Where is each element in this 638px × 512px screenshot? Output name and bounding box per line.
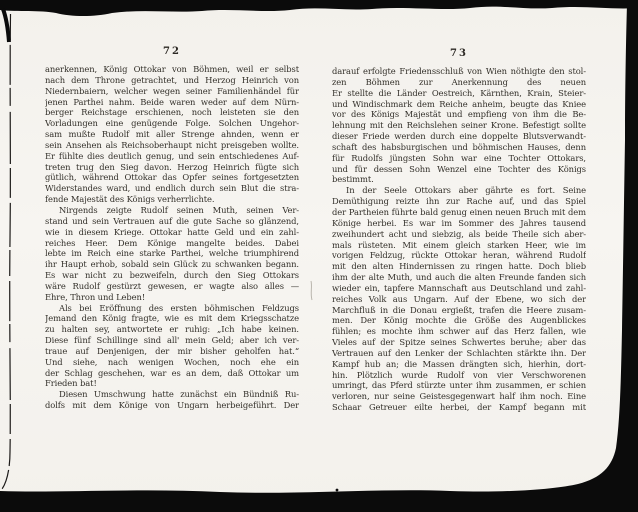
text-line: sein Ansehen als Reichsoberhaupt nicht p… <box>45 140 299 151</box>
page-number-left: 72 <box>45 46 299 57</box>
text-line: Nirgends zeigte Rudolf seinen Muth, sein… <box>45 205 299 216</box>
text-line: Jemand den König fragte, wie es mit dem … <box>45 313 299 324</box>
text-line: Er stellte die Länder Oestreich, Kärnthe… <box>332 88 586 99</box>
text-line: zweihundert acht und siebzig, als beide … <box>332 229 586 240</box>
text-line: darauf erfolgte Friedensschluß von Wien … <box>332 66 586 77</box>
left-fold-line <box>10 14 11 452</box>
text-line: reiches Heer. Dem Könige mangelte beides… <box>45 238 299 249</box>
scan-edge-top <box>0 0 638 16</box>
text-line: jenen Parthei nahm. Beide waren weder au… <box>45 97 299 108</box>
text-line: berger Reichstage erschienen, noch leist… <box>45 107 299 118</box>
text-line: Und siehe, nach wenigen Wochen, noch ehe… <box>45 357 299 368</box>
text-line: fühlen; es mochte ihm schwer auf das Her… <box>332 326 586 337</box>
text-line: Es war nicht zu bezweifeln, durch den Si… <box>45 270 299 281</box>
text-line: reiches Volk aus Ungarn. Auf der Ebene, … <box>332 294 586 305</box>
text-line: Vieles auf der Spitze seines Schwertes b… <box>332 337 586 348</box>
text-line: wieder ein, tapfere Mannschaft aus Deuts… <box>332 283 586 294</box>
text-line: sam mußte Rudolf mit aller Strenge ahnde… <box>45 129 299 140</box>
text-line: anerkennen, König Ottokar von Böhmen, we… <box>45 64 299 75</box>
text-line: nach dem Throne getrachtet, und Herzog H… <box>45 75 299 86</box>
text-line: bestimmt. <box>332 174 586 185</box>
text-line: men. Der König mochte die Größe des Auge… <box>332 315 586 326</box>
text-line: wie in diesem Kriege. Ottokar hatte Geld… <box>45 227 299 238</box>
text-line: Marchfluß in die Donau ergießt, trafen d… <box>332 305 586 316</box>
text-line: zen Böhmen zur Anerkennung des neuen Rei… <box>332 77 586 88</box>
text-line: Als bei Eröffnung des ersten böhmischen … <box>45 303 299 314</box>
text-line: dolfs mit dem Könige von Ungarn herbeige… <box>45 400 299 411</box>
text-line: traue auf Denjenigen, der mir bisher geh… <box>45 346 299 357</box>
scan-speck <box>336 489 339 492</box>
text-line: In der Seele Ottokars aber gährte es for… <box>332 185 586 196</box>
text-line: Vertrauen auf den Lenker der Schlachten … <box>332 348 586 359</box>
text-line: Könige herbei. Es war im Sommer des Jahr… <box>332 218 586 229</box>
text-line: gütlich, während Ottokar das Opfer seine… <box>45 172 299 183</box>
text-line: Niedernbaiern, welcher wegen seiner Fami… <box>45 86 299 97</box>
text-line: Demüthigung reizte ihn zur Rache auf, un… <box>332 196 586 207</box>
text-line: vorigen Feldzug, rückte Ottokar heran, w… <box>332 250 586 261</box>
text-line: lehnung mit den Reichslehen seiner Krone… <box>332 120 586 131</box>
text-line: wäre Rudolf gestürzt gewesen, er wagte a… <box>45 281 299 292</box>
text-line: lebte im Reich eine starke Parthei, welc… <box>45 248 299 259</box>
text-line: zu halten sey, antwortete er ruhig: „Ich… <box>45 324 299 335</box>
page-number-right: 73 <box>332 48 586 59</box>
text-line: und für dessen Sohn Wenzel eine Tochter … <box>332 164 586 175</box>
scanned-book-spread: 72 anerkennen, König Ottokar von Böhmen,… <box>0 0 638 512</box>
text-line: und Windischmark dem Reiche anheim, beug… <box>332 99 586 110</box>
text-line: mit den alten Hindernissen zu ringen hat… <box>332 261 586 272</box>
text-line: hin. Plötzlich wurde Rudolf von vier Ver… <box>332 370 586 381</box>
text-line: Vorladungen eine genügende Folge. Solche… <box>45 118 299 129</box>
text-line: der Schlag geschehen, war es an dem, daß… <box>45 368 299 379</box>
gutter-crease <box>311 281 312 300</box>
text-line: dieser Friede werden durch eine doppelte… <box>332 131 586 142</box>
text-line: für Rudolfs jüngsten Sohn war eine Tocht… <box>332 153 586 164</box>
text-line: Kampf hub an; die Massen drängten sich, … <box>332 359 586 370</box>
left-fold-corner <box>2 452 10 489</box>
text-line: Er fühlte dies deutlich genug, und sein … <box>45 151 299 162</box>
page-text-right: darauf erfolgte Friedensschluß von Wien … <box>332 66 586 413</box>
text-line: verloren, nur seine Geistesgegenwart hal… <box>332 391 586 402</box>
text-line: Frieden bat! <box>45 378 299 389</box>
text-line: Diesen Umschwung hatte zunächst ein Bünd… <box>45 389 299 400</box>
text-line: mals rüsteten. Mit einem gleich starken … <box>332 240 586 251</box>
text-line: Diese fünf Schillinge sind all' mein Gel… <box>45 335 299 346</box>
text-line: umringt, das Pferd stürzte unter ihm zus… <box>332 380 586 391</box>
text-line: ihr Haupt erhob, sobald sein Glück zu sc… <box>45 259 299 270</box>
top-left-mark <box>3 9 9 42</box>
page-text-left: anerkennen, König Ottokar von Böhmen, we… <box>45 64 299 411</box>
page-right: 73 darauf erfolgte Friedensschluß von Wi… <box>332 48 586 413</box>
text-line: ihm der alte Muth, und auch die alten Fr… <box>332 272 586 283</box>
text-line: treten trug den Sieg davon. Herzog Heinr… <box>45 162 299 173</box>
text-line: schaft des habsburgischen und böhmischen… <box>332 142 586 153</box>
text-line: der Partheien führte bald genug einen ne… <box>332 207 586 218</box>
page-left: 72 anerkennen, König Ottokar von Böhmen,… <box>45 46 299 411</box>
text-line: Ehre, Thron und Leben! <box>45 292 299 303</box>
text-line: Schaar Getreuer eilte herbei, der Kampf … <box>332 402 586 413</box>
text-line: vor des Königs Majestät und empfieng von… <box>332 109 586 120</box>
text-line: Widerstandes ward, und endlich durch sei… <box>45 183 299 194</box>
text-line: stand und sein Vertrauen auf die gute Sa… <box>45 216 299 227</box>
text-line: fende Majestät des Königs verherrlichte. <box>45 194 299 205</box>
